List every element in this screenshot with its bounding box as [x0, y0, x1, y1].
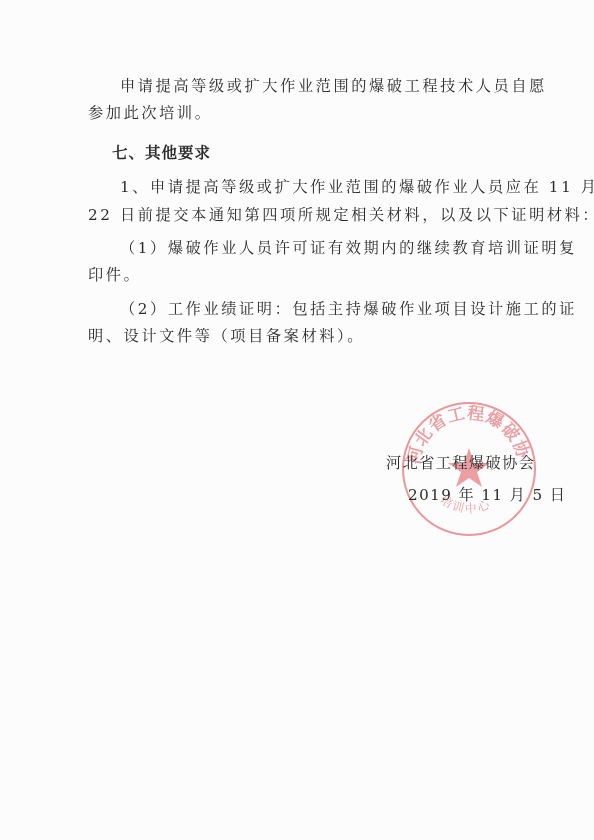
- signature-organization: 河北省工程爆破协会: [386, 453, 535, 473]
- section-heading: 七、其他要求: [112, 143, 582, 163]
- paragraph-line: 明、设计文件等（项目备案材料）。: [88, 326, 558, 346]
- paragraph-line: 参加此次培训。: [88, 103, 558, 123]
- document-page: 申请提高等级或扩大作业范围的爆破工程技术人员自愿 参加此次培训。 七、其他要求 …: [0, 0, 594, 840]
- paragraph-line: 印件。: [88, 265, 558, 285]
- paragraph-line: 申请提高等级或扩大作业范围的爆破工程技术人员自愿: [120, 76, 590, 96]
- signature-date: 2019 年 11 月 5 日: [408, 485, 566, 505]
- paragraph-line: （1）爆破作业人员许可证有效期内的继续教育培训证明复: [120, 238, 590, 258]
- paragraph-line: 22 日前提交本通知第四项所规定相关材料，以及以下证明材料：: [88, 205, 558, 225]
- paragraph-line: （2）工作业绩证明：包括主持爆破作业项目设计施工的证: [120, 299, 590, 319]
- paragraph-line: 1、申请提高等级或扩大作业范围的爆破作业人员应在 11 月: [120, 177, 590, 197]
